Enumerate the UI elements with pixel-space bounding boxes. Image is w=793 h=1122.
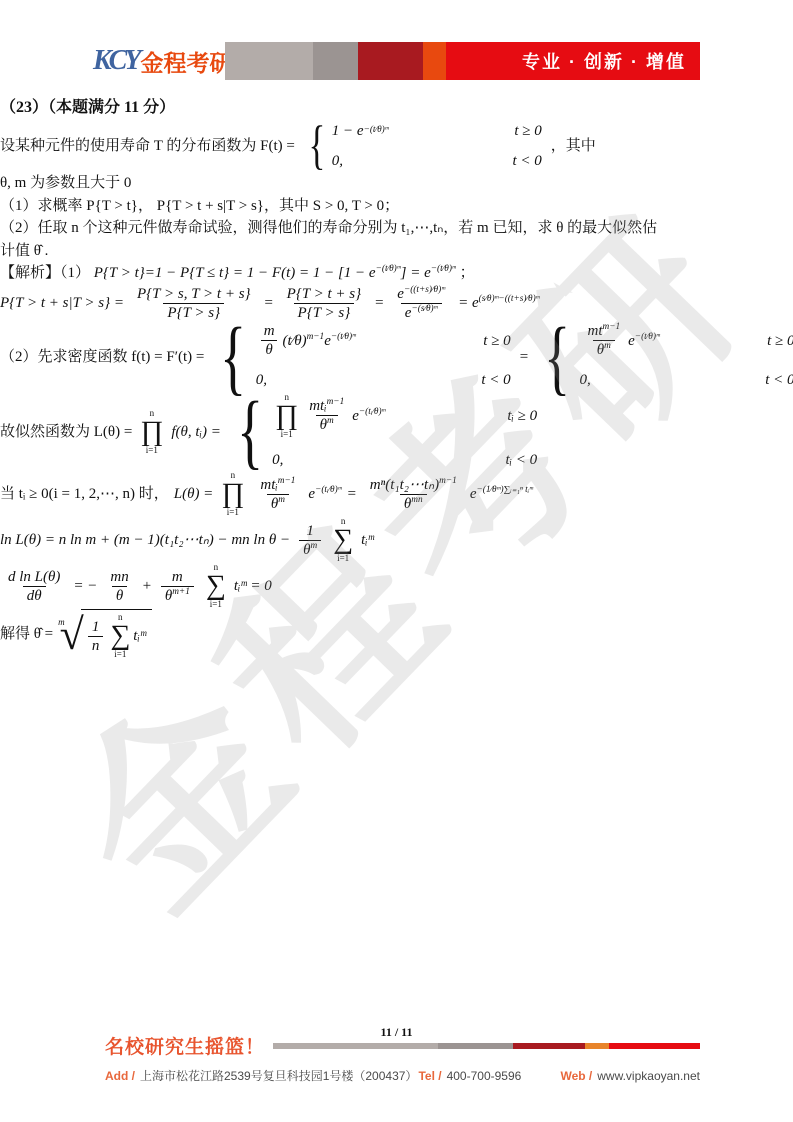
lower-limit: i=1 bbox=[281, 430, 293, 439]
banner-segment-2 bbox=[313, 42, 358, 80]
sum-operator: n ∑ i=1 bbox=[110, 613, 130, 659]
fraction: mn θ bbox=[106, 568, 132, 605]
solution-step-2: P{T > t + s|T > s} = P{T > s, T > t + s}… bbox=[0, 285, 793, 322]
piecewise-row: n ∏ i=1 mtᵢm−1 θm e−(tᵢ∕θ)ᵐ tᵢ ≥ 0 bbox=[272, 393, 537, 439]
piecewise-row: 0, t < 0 bbox=[256, 369, 511, 392]
numerator: 1 bbox=[88, 618, 104, 636]
equation-text: tᵢᵐ bbox=[361, 529, 374, 552]
brand-slogan: 专业 · 创新 · 增值 bbox=[522, 48, 686, 74]
case-condition: tᵢ < 0 bbox=[505, 449, 537, 472]
exponent: m−1 bbox=[439, 476, 457, 486]
problem-title: （23）（本题满分 11 分） bbox=[0, 96, 793, 120]
equation-text: ln L(θ) = n ln m + (m − 1)(t₁t₂⋯tₙ) − mn… bbox=[0, 529, 290, 552]
fraction: 1 θm bbox=[299, 522, 321, 559]
lower-limit: i=1 bbox=[114, 650, 126, 659]
denominator: n bbox=[88, 636, 104, 655]
case-condition: tᵢ ≥ 0 bbox=[507, 405, 537, 428]
case-condition: t < 0 bbox=[481, 369, 510, 392]
product-operator: n ∏ i=1 bbox=[140, 409, 163, 455]
exponent: −(tᵢ∕θ)ᵐ bbox=[359, 407, 386, 417]
case-expression: 0, bbox=[272, 449, 283, 472]
exponent: −(s∕θ)ᵐ bbox=[411, 304, 437, 314]
lower-limit: i=1 bbox=[146, 446, 158, 455]
piecewise-row: 0, t < 0 bbox=[579, 369, 793, 392]
piecewise-row: 1 − e−(t∕θ)ᵐ t ≥ 0 bbox=[332, 120, 542, 143]
equation-lead: 解得 θ̂ = bbox=[0, 623, 53, 646]
sum-operator: n ∑ i=1 bbox=[333, 517, 353, 563]
solution-step-6: ln L(θ) = n ln m + (m − 1)(t₁t₂⋯tₙ) − mn… bbox=[0, 517, 793, 563]
address-label: Add / bbox=[105, 1069, 135, 1083]
brand-name: 金程考研 bbox=[140, 45, 232, 78]
exponent: m bbox=[604, 341, 611, 351]
exponent: m bbox=[327, 416, 334, 426]
equals-sign: = bbox=[264, 292, 274, 315]
equals-sign: = bbox=[520, 346, 528, 369]
solution-step-4: 故似然函数为 L(θ) = n ∏ i=1 f(θ, tᵢ) = { n ∏ i… bbox=[0, 393, 793, 472]
piecewise-row: mθ (t∕θ)m−1e−(t∕θ)ᵐ t ≥ 0 bbox=[256, 322, 511, 359]
numerator: e bbox=[397, 286, 404, 302]
parameters-line: θ, m 为参数且大于 0 bbox=[0, 172, 793, 195]
sum-symbol: ∑ bbox=[110, 622, 130, 650]
piecewise-likelihood: { n ∏ i=1 mtᵢm−1 θm bbox=[230, 393, 537, 472]
sum-symbol: ∑ bbox=[206, 572, 226, 600]
banner-segment-3 bbox=[358, 42, 423, 80]
footer-bar-segment-1 bbox=[273, 1043, 438, 1049]
fraction: e−((t+s)∕θ)ᵐ e−(s∕θ)ᵐ bbox=[393, 285, 449, 322]
case-condition: t ≥ 0 bbox=[483, 330, 510, 353]
equation-text: ] = e bbox=[401, 265, 431, 281]
fraction: d ln L(θ) dθ bbox=[4, 568, 64, 605]
intro-text: 设某种元件的使用寿命 T 的分布函数为 F(t) = bbox=[0, 135, 295, 158]
numerator: d ln L(θ) bbox=[4, 568, 64, 586]
fraction: 1 n bbox=[88, 618, 104, 655]
solution-step-3: （2）先求密度函数 f(t) = F′(t) = { mθ (t∕θ)m−1e−… bbox=[0, 322, 793, 393]
banner-segment-4 bbox=[423, 42, 446, 80]
equation-text: L(θ) = bbox=[174, 483, 214, 506]
exponent: m−1 bbox=[602, 322, 620, 332]
case-expression: 0, bbox=[579, 369, 590, 392]
lower-limit: i=1 bbox=[227, 508, 239, 517]
numerator: 1 bbox=[302, 522, 318, 540]
equation-text: f(θ, tᵢ) = bbox=[171, 421, 220, 444]
web-value: www.vipkaoyan.net bbox=[597, 1069, 700, 1083]
left-brace: { bbox=[237, 396, 263, 467]
case-condition: t ≥ 0 bbox=[514, 120, 541, 143]
denominator: P{T > s} bbox=[294, 303, 355, 322]
numerator: P{T > t + s} bbox=[283, 285, 365, 303]
exponent: (s∕θ)ᵐ−((t+s)∕θ)ᵐ bbox=[479, 294, 540, 304]
tel-label: Tel / bbox=[418, 1069, 441, 1083]
equation-lead: 当 tᵢ ≥ 0(i = 1, 2,⋯, n) 时， bbox=[0, 483, 169, 506]
equation-lhs: P{T > t + s|T > s} = bbox=[0, 292, 124, 315]
question-2-line1: （2）任取 n 个这种元件做寿命试验，测得他们的寿命分别为 t₁,⋯,tₙ，若 … bbox=[0, 217, 793, 240]
header-banner: 专业 · 创新 · 增值 bbox=[225, 42, 700, 80]
fraction: mtᵢm−1 θm bbox=[256, 476, 299, 513]
problem-intro-line: 设某种元件的使用寿命 T 的分布函数为 F(t) = { 1 − e−(t∕θ)… bbox=[0, 120, 793, 172]
case-exponent: −(t∕θ)ᵐ bbox=[364, 124, 389, 138]
exponent: m−1 bbox=[327, 397, 345, 407]
page-footer: 名校研究生摇篮！ Add / 上海市松花江路2539号复旦科技园1号楼（2004… bbox=[105, 1032, 700, 1084]
equals-sign: = bbox=[374, 292, 384, 315]
equation-lead: （2）先求密度函数 f(t) = F′(t) = bbox=[0, 346, 204, 369]
piecewise-row: mtm−1 θm e−(t∕θ)ᵐ t ≥ 0 bbox=[579, 322, 793, 359]
product-operator: n ∏ i=1 bbox=[275, 393, 298, 439]
numerator: mn bbox=[106, 568, 132, 586]
equals-sign: = − bbox=[73, 575, 97, 598]
sum-symbol: ∑ bbox=[333, 526, 353, 554]
exponent: −((t+s)∕θ)ᵐ bbox=[404, 285, 445, 295]
equation-text: P{T > t}=1 − P{T ≤ t} = 1 − F(t) = 1 − [… bbox=[94, 265, 376, 281]
exponent: −(t∕θ)ᵐ bbox=[635, 332, 660, 342]
numerator: mⁿ(t₁t₂⋯tₙ) bbox=[370, 477, 439, 493]
lower-limit: i=1 bbox=[337, 554, 349, 563]
numerator: m bbox=[260, 322, 279, 340]
equals-sign: = bbox=[347, 483, 357, 506]
denominator: θ bbox=[261, 340, 276, 359]
denominator: θ bbox=[112, 586, 127, 605]
lower-limit: i=1 bbox=[210, 600, 222, 609]
banner-segment-1 bbox=[225, 42, 313, 80]
piecewise-row: 0, t < 0 bbox=[332, 150, 542, 173]
equation-text: tᵢᵐ bbox=[133, 625, 146, 648]
case-condition: t < 0 bbox=[512, 150, 541, 173]
denominator: dθ bbox=[23, 586, 46, 605]
product-symbol: ∏ bbox=[275, 402, 298, 430]
piecewise-distribution: { 1 − e−(t∕θ)ᵐ t ≥ 0 0, t < 0 bbox=[304, 120, 542, 172]
footer-slogan: 名校研究生摇篮！ bbox=[105, 1032, 265, 1059]
numerator: mtᵢ bbox=[260, 477, 277, 493]
question-2-line2: 计值 θ̂ . bbox=[0, 240, 793, 263]
address-value: 上海市松花江路2539号复旦科技园1号楼（200437） bbox=[140, 1067, 417, 1084]
footer-bar-segment-2 bbox=[438, 1043, 513, 1049]
numerator: mtᵢ bbox=[309, 398, 326, 414]
left-brace: { bbox=[544, 322, 570, 393]
case-expression: 0, bbox=[332, 150, 343, 173]
piecewise-density-2: { mtm−1 θm e−(t∕θ)ᵐ t ≥ 0 0, bbox=[537, 322, 793, 393]
exponent: m bbox=[310, 541, 317, 551]
exponent: −(tᵢ∕θ)ᵐ bbox=[315, 485, 342, 495]
equation-lead: 故似然函数为 L(θ) = bbox=[0, 421, 132, 444]
document-page: KCY 金程考研 专业 · 创新 · 增值 金程考研 （23）（本题满分 11 … bbox=[0, 0, 793, 1122]
exponent: −(t∕θ)ᵐ bbox=[331, 332, 356, 342]
exponent: m−1 bbox=[278, 476, 296, 486]
solution-lead: 【解析】（1） bbox=[0, 265, 90, 281]
brand-logo: KCY 金程考研 bbox=[93, 40, 225, 82]
left-brace: { bbox=[308, 123, 325, 169]
intro-text-suffix: ，其中 bbox=[551, 135, 596, 158]
exponent: −(t∕θ)ᵐ bbox=[376, 264, 401, 274]
equation-text: e bbox=[324, 333, 331, 349]
product-symbol: ∏ bbox=[140, 418, 163, 446]
piecewise-density-1: { mθ (t∕θ)m−1e−(t∕θ)ᵐ t ≥ 0 0, t < 0 bbox=[213, 322, 510, 393]
equation-text: e bbox=[352, 408, 359, 424]
footer-bar-segment-5 bbox=[609, 1043, 700, 1049]
punctuation: ； bbox=[460, 265, 475, 281]
equation-text: tᵢᵐ = 0 bbox=[234, 575, 272, 598]
solution-step-5: 当 tᵢ ≥ 0(i = 1, 2,⋯, n) 时， L(θ) = n ∏ i=… bbox=[0, 471, 793, 517]
exponent: −(1∕θᵐ)∑ᵢ₌₁ⁿ tᵢᵐ bbox=[476, 485, 533, 495]
solution-step-8: 解得 θ̂ = m √ 1 n n ∑ i=1 tᵢᵐ bbox=[0, 609, 793, 659]
fraction: mⁿ(t₁t₂⋯tₙ)m−1 θmn bbox=[366, 476, 461, 513]
numerator: mt bbox=[587, 323, 602, 339]
question-1: （1）求概率 P{T > t}， P{T > t + s|T > s}，其中 S… bbox=[0, 195, 793, 218]
denominator: P{T > s} bbox=[163, 303, 224, 322]
root-index: m bbox=[58, 616, 65, 630]
footer-divider-bar bbox=[273, 1043, 700, 1049]
banner-segment-5: 专业 · 创新 · 增值 bbox=[446, 42, 700, 80]
document-body: （23）（本题满分 11 分） 设某种元件的使用寿命 T 的分布函数为 F(t)… bbox=[0, 96, 793, 659]
piecewise-row: 0, tᵢ < 0 bbox=[272, 449, 537, 472]
case-condition: t ≥ 0 bbox=[767, 330, 793, 353]
exponent: −(t∕θ)ᵐ bbox=[431, 264, 456, 274]
numerator: m bbox=[168, 568, 187, 586]
footer-bar-segment-4 bbox=[585, 1043, 609, 1049]
sum-operator: n ∑ i=1 bbox=[206, 563, 226, 609]
case-condition: t < 0 bbox=[765, 369, 793, 392]
exponent: m−1 bbox=[307, 332, 325, 342]
fraction: m θm+1 bbox=[161, 568, 194, 605]
solution-step-7: d ln L(θ) dθ = − mn θ + m θm+1 n ∑ i=1 t… bbox=[0, 563, 793, 609]
product-symbol: ∏ bbox=[221, 480, 244, 508]
case-expression: 1 − e bbox=[332, 120, 364, 143]
exponent: mn bbox=[411, 495, 422, 505]
equation-text: (t∕θ) bbox=[283, 333, 307, 349]
solution-step-1: 【解析】（1） P{T > t}=1 − P{T ≤ t} = 1 − F(t)… bbox=[0, 262, 793, 285]
page-header: KCY 金程考研 专业 · 创新 · 增值 bbox=[93, 40, 700, 82]
footer-bar-segment-3 bbox=[513, 1043, 585, 1049]
radical-expression: m √ 1 n n ∑ i=1 tᵢᵐ bbox=[58, 609, 152, 659]
web-label: Web / bbox=[560, 1069, 592, 1083]
kcy-monogram-icon: KCY bbox=[93, 45, 138, 77]
fraction: P{T > t + s} P{T > s} bbox=[283, 285, 365, 322]
numerator: P{T > s, T > t + s} bbox=[133, 285, 255, 303]
equation-text: e bbox=[628, 333, 635, 349]
equation-text: = e bbox=[458, 295, 479, 311]
left-brace: { bbox=[220, 322, 246, 393]
exponent: m bbox=[278, 495, 285, 505]
tel-value: 400-700-9596 bbox=[447, 1069, 522, 1083]
plus-sign: + bbox=[142, 575, 152, 598]
denominator: θ bbox=[320, 417, 327, 433]
exponent: m+1 bbox=[172, 587, 190, 597]
